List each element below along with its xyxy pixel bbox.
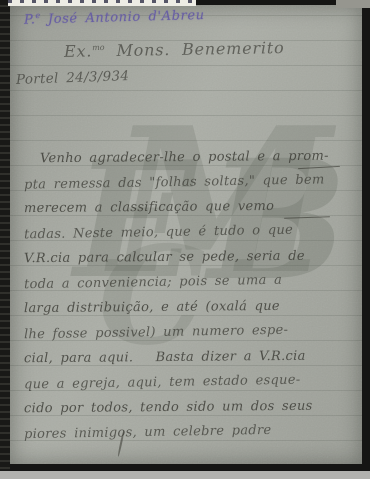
body-line: Venho agradecer-lhe o postal e a prom-: [40, 149, 329, 167]
body-line: cial, para aqui. Basta dizer a V.R.cia: [24, 349, 306, 366]
body-line: merecem a classificação que vemo: [24, 199, 274, 216]
stamp-prefix: P.: [24, 12, 36, 27]
salutation-superscript: mo: [92, 43, 105, 52]
salutation-line: Ex.mo Mons. Benemerito: [64, 38, 285, 61]
scan-edge-top-strip: [8, 0, 196, 6]
book-spine-edge: [0, 0, 10, 479]
scanned-letter-page: E M B C P.e José Antonio d'Abreu Ex.mo M…: [0, 0, 370, 479]
body-line: larga distribuição, e até (oxalá que: [24, 299, 280, 316]
scan-edge-corner: [336, 0, 370, 8]
scanner-bottom-strip: [0, 471, 370, 479]
body-line: V.R.cia para calcular se pede, seria de: [24, 249, 305, 266]
body-line: cido por todos, tendo sido um dos seus: [24, 399, 313, 417]
salutation-prefix: Ex.: [64, 41, 93, 60]
salutation-rest: Mons. Benemerito: [104, 38, 284, 60]
